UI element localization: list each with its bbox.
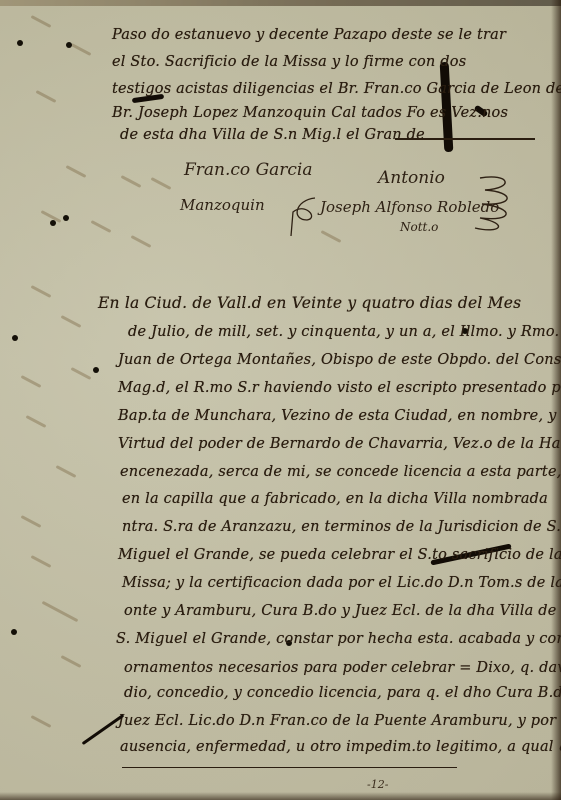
page-edge-bottom — [0, 792, 561, 800]
notary-rubric-flourish — [470, 168, 520, 238]
notary-sign-flourish — [285, 190, 325, 240]
text-line: En la Ciud. de Vall.d en Veinte y quatro… — [98, 296, 521, 312]
text-line: Bap.ta de Munchara, Vezino de esta Ciuda… — [118, 409, 561, 424]
text-line: Juan de Ortega Montañes, Obispo de este … — [118, 353, 561, 368]
ink-dot — [63, 215, 69, 221]
text-line: S. Miguel el Grande, constar por hecha e… — [116, 632, 561, 647]
text-line: de esta dha Villa de S.n Mig.l el Gran d… — [120, 128, 425, 143]
text-line: Paso do estanuevo y decente Pazapo deste… — [112, 28, 506, 43]
closing-rule — [122, 767, 457, 768]
ink-dot — [93, 367, 99, 373]
folio-number: -12- — [367, 778, 388, 791]
text-line: ausencia, enfermedad, u otro impedim.to … — [120, 740, 561, 755]
signature-witness: Antonio — [378, 168, 445, 188]
ink-dot — [17, 40, 23, 46]
text-line: el Sto. Sacrificio de la Missa y lo firm… — [112, 55, 466, 70]
text-line: en la capilla que a fabricado, en la dic… — [122, 492, 548, 507]
text-line: testigos acistas diligencias el Br. Fran… — [112, 82, 561, 97]
text-line: Br. Joseph Lopez Manzoquin Cal tados Fo … — [112, 106, 508, 121]
text-line: ntra. S.ra de Aranzazu, en terminos de l… — [122, 520, 561, 535]
line-filler-rule — [395, 138, 535, 140]
text-line: ornamentos necesarios para poder celebra… — [124, 661, 561, 676]
ink-dot — [11, 629, 17, 635]
text-line: onte y Aramburu, Cura B.do y Juez Ecl. d… — [124, 604, 557, 619]
manuscript-page: Paso do estanuevo y decente Pazapo deste… — [0, 0, 561, 800]
text-line: encenezada, serca de mi, se concede lice… — [120, 465, 561, 480]
signature-notary-title: Nott.o — [400, 220, 438, 234]
text-line: de Julio, de mill, set. y cinquenta, y u… — [128, 325, 561, 340]
text-line: Missa; y la certificacion dada por el Li… — [122, 576, 561, 591]
text-line: Mag.d, el R.mo S.r haviendo visto el esc… — [118, 381, 561, 396]
text-line: Juez Ecl. Lic.do D.n Fran.co de la Puent… — [118, 714, 561, 729]
text-line: Virtud del poder de Bernardo de Chavarri… — [118, 437, 561, 452]
signature-left-name: Fran.co Garcia — [184, 160, 313, 180]
ink-dot — [12, 335, 18, 341]
page-edge-top — [0, 0, 561, 6]
ink-dot — [50, 220, 56, 226]
page-edge-right — [551, 0, 561, 800]
signature-left-surname: Manzoquin — [180, 196, 265, 214]
text-line: Miguel el Grande, se pueda celebrar el S… — [118, 548, 561, 563]
ink-dot — [66, 42, 72, 48]
margin-stroke — [82, 714, 125, 745]
text-line: dio, concedio, y concedio licencia, para… — [124, 686, 561, 701]
